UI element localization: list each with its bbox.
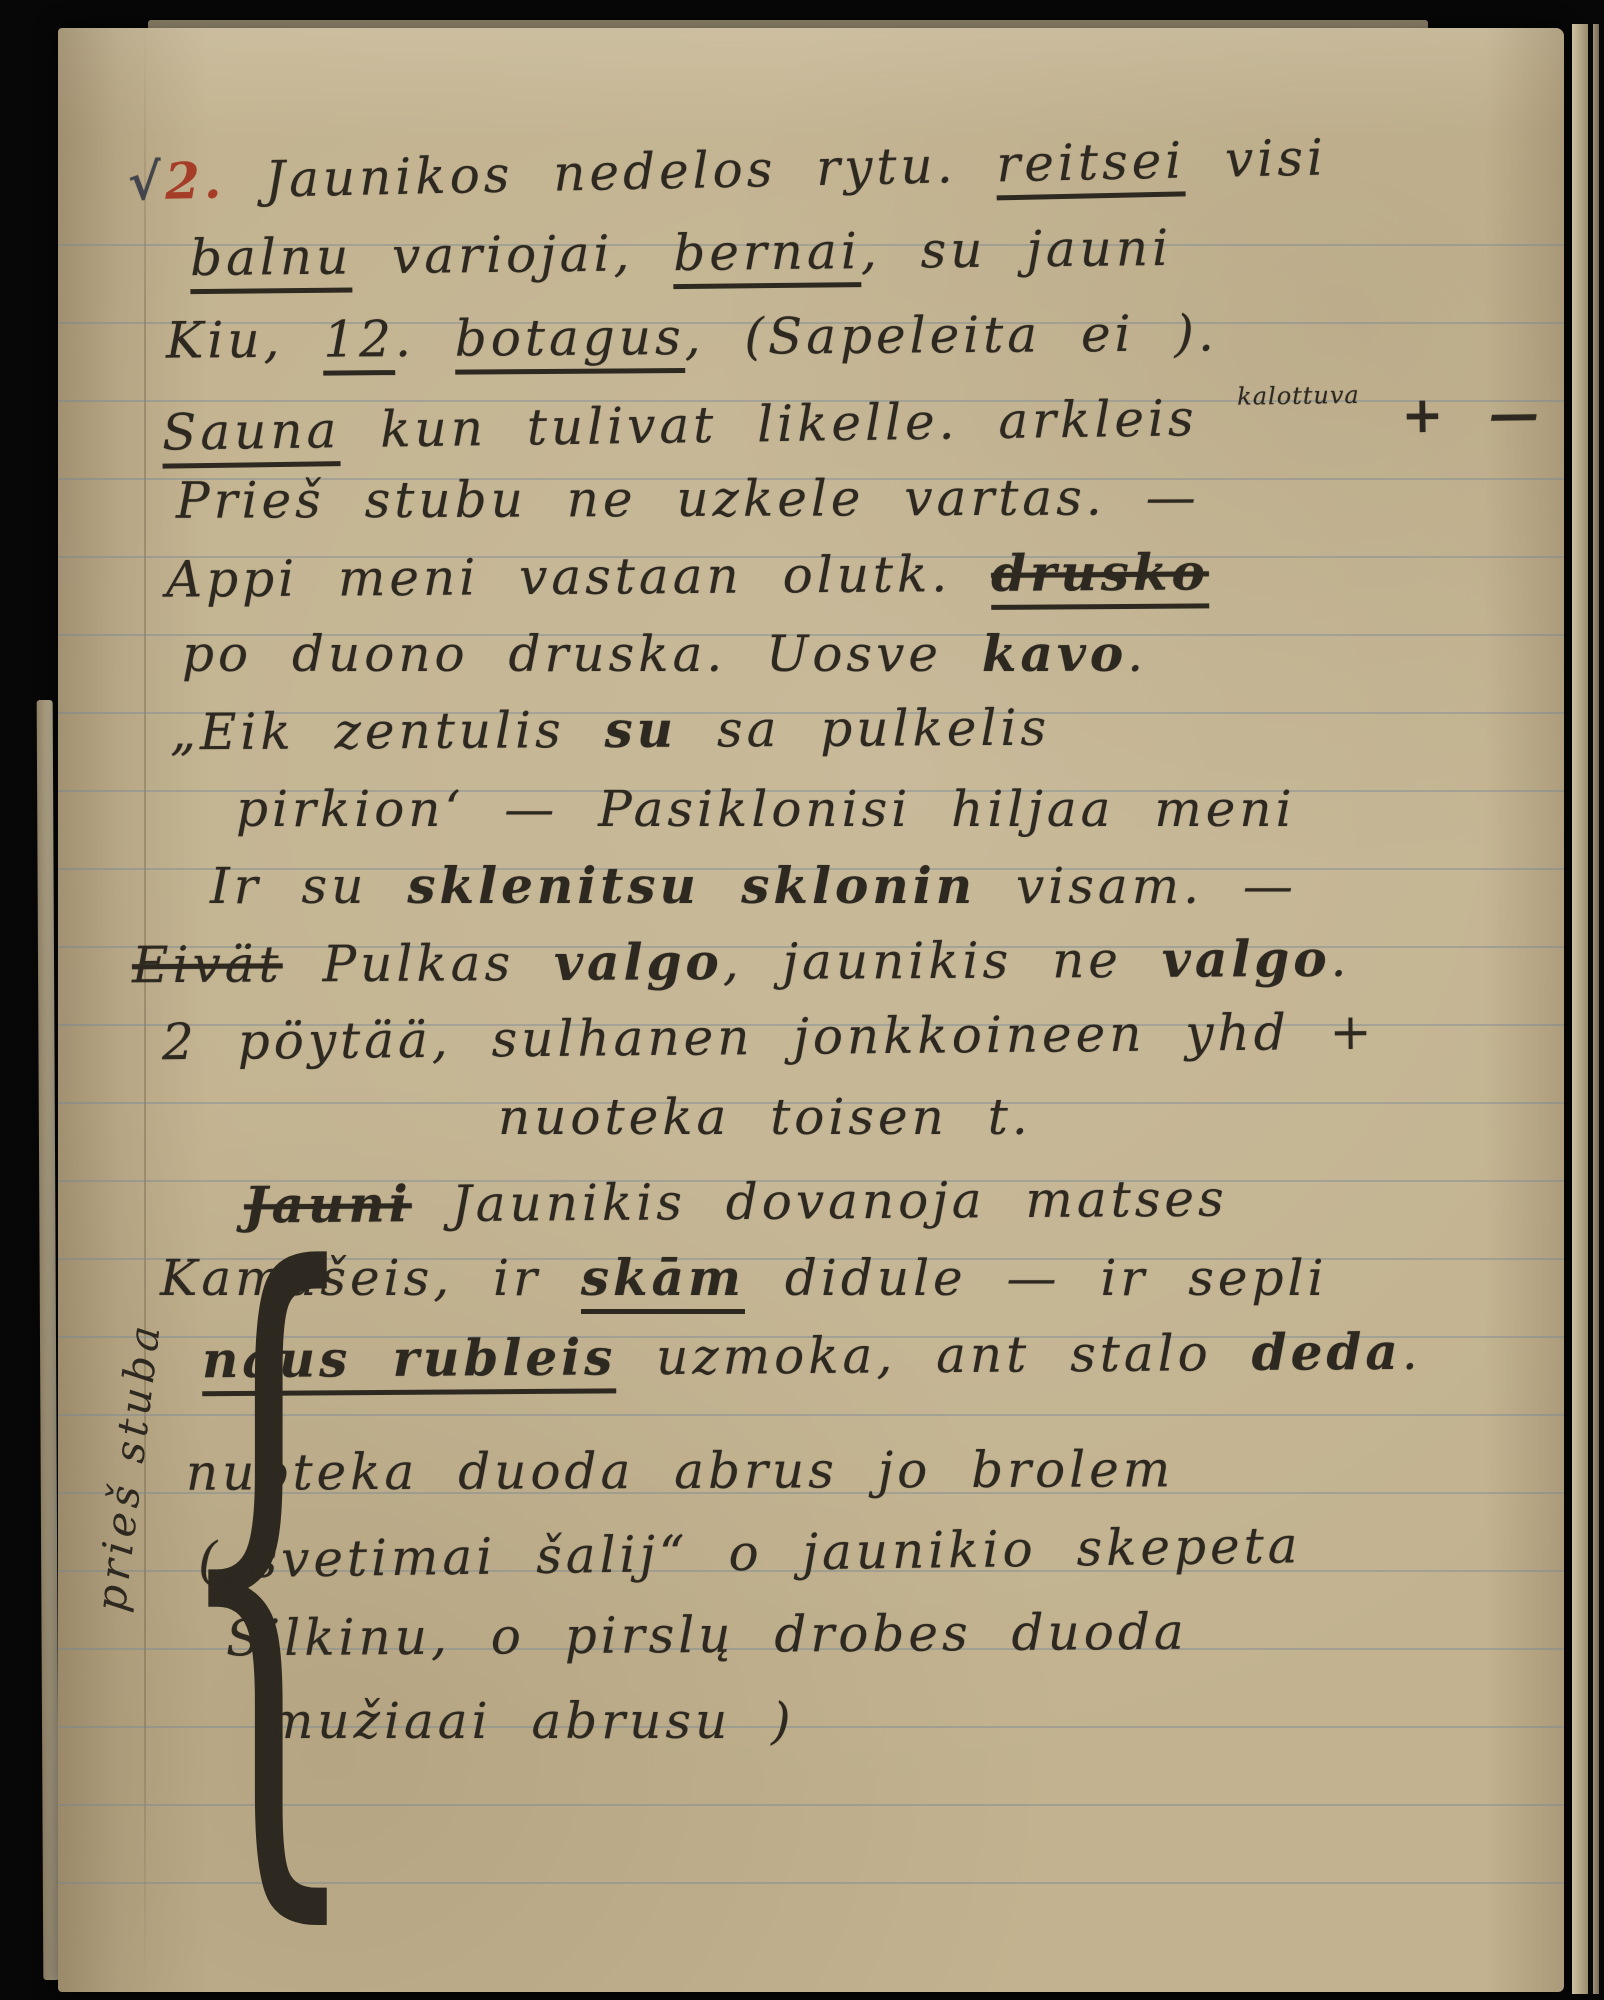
text-segment: , (Sapeleita ei ). [684,304,1218,366]
scan-background: { prieš stuba √2. Jaunikos nedelos rytu.… [0,0,1604,2000]
text-segment: . [1402,1323,1422,1381]
handwriting-line: Kiu, 12. botagus, (Sapeleita ei ). [166,304,1218,369]
text-segment: „Eik zentulis [170,701,605,761]
entry-number: 2. [164,151,225,211]
handwriting-line: Sauna kun tulivat likelle. arkleis kalot… [162,378,1544,461]
text-segment: reitsei [996,131,1186,200]
text-segment: Kamašeis, ir [160,1249,581,1307]
text-segment: pirkion‘ — Pasiklonisi hiljaa meni [236,780,1296,838]
handwriting-line: nuoteka toisen t. [498,1088,1032,1146]
text-segment: kun tulivat likelle. arkleis [340,389,1238,460]
handwriting-line: („svetimai šalij“ o jaunikio skepeta [198,1516,1302,1589]
text-segment: didule — ir sepli [745,1249,1328,1307]
text-segment: mužiaai abrusu ) [266,1692,795,1750]
text-segment: Silkinu, o pirslų drobes duoda [226,1603,1188,1668]
text-segment: + — [1360,383,1544,445]
handwriting-line: „Eik zentulis su sa pulkelis [170,698,1050,762]
text-segment: Appi meni vastaan olutk. [166,545,991,609]
handwriting-line: mužiaai abrusu ) [266,1692,795,1750]
text-segment: skām [581,1248,745,1314]
text-segment: botagus [455,308,685,375]
text-segment: Kiu, [166,311,324,370]
text-segment: po duono druska. Uosve [182,625,982,683]
text-segment: Jauni [244,1174,412,1234]
facing-page-edge [1572,24,1588,1994]
text-segment: . [395,310,455,368]
text-segment: deda [1251,1322,1402,1382]
handwriting-line: √2. Jaunikos nedelos rytu. reitsei visi [128,127,1328,211]
text-segment: naus rubleis [202,1327,617,1396]
text-segment: 2 pöytää, sulhanen jonkkoineen yhd + [162,1003,1376,1072]
handwriting-line: Silkinu, o pirslų drobes duoda [226,1603,1188,1668]
text-segment: variojai, [352,224,674,285]
text-segment: , jaunikis ne [723,931,1162,991]
text-segment: Ir su [210,857,407,915]
text-segment: nuoteka duoda abrus jo brolem [186,1440,1174,1501]
handwriting-line: po duono druska. Uosve kavo. [182,624,1147,683]
text-segment: Jaunikos nedelos rytu. [225,135,997,209]
notebook-page: { prieš stuba √2. Jaunikos nedelos rytu.… [58,28,1564,1992]
text-segment: . [1330,930,1350,988]
text-segment: visi [1185,128,1328,189]
handwriting-line: balnu variojai, bernai, su jauni [190,219,1173,287]
handwriting-line: Eivät Pulkas valgo, jaunikis ne valgo. [132,929,1351,994]
text-segment: drusko [991,542,1209,610]
handwriting-lines: √2. Jaunikos nedelos rytu. reitsei visib… [58,28,1564,1992]
text-segment: kavo [982,624,1127,683]
text-segment: su [604,700,677,759]
superscript-insertion: kalottuva [1237,381,1360,411]
text-segment: . [1127,625,1147,683]
pencil-checkmark: √ [128,152,166,212]
text-segment: Pulkas [282,934,554,993]
facing-page-edge-2 [1593,24,1599,1994]
text-segment: visam. — [976,857,1297,915]
handwriting-line: Jauni Jaunikis dovanoja matses [244,1169,1228,1235]
handwriting-line: Kamašeis, ir skām didule — ir sepli [160,1248,1327,1307]
text-segment: uzmoka, ant stalo [616,1324,1252,1386]
text-segment: sa pulkelis [677,699,1050,759]
text-segment: Eivät [132,935,283,994]
text-segment: Jaunikis dovanoja matses [412,1170,1228,1234]
text-segment: 12 [323,310,395,375]
text-segment: valgo [554,932,723,992]
handwriting-line: Prieš stubu ne uzkele vartas. — [176,468,1200,530]
page-stack-edge-left [37,700,60,1980]
text-segment: sklenitsu sklonin [407,856,976,915]
text-segment: („svetimai šalij“ o jaunikio skepeta [198,1516,1302,1589]
text-segment: nuoteka toisen t. [498,1088,1032,1146]
handwriting-line: naus rubleis uzmoka, ant stalo deda. [202,1322,1422,1390]
handwriting-line: pirkion‘ — Pasiklonisi hiljaa meni [236,780,1296,838]
text-segment: valgo [1162,929,1331,989]
handwriting-line: Appi meni vastaan olutk. drusko [166,542,1209,608]
text-segment: Sauna [162,401,341,468]
handwriting-line: Ir su sklenitsu sklonin visam. — [210,856,1297,915]
text-segment: balnu [190,227,353,294]
handwriting-line: 2 pöytää, sulhanen jonkkoineen yhd + [162,1003,1376,1072]
text-segment: Prieš stubu ne uzkele vartas. — [176,468,1200,530]
handwriting-line: nuoteka duoda abrus jo brolem [186,1440,1174,1501]
text-segment: bernai [673,222,861,289]
text-segment: , su jauni [860,219,1172,280]
